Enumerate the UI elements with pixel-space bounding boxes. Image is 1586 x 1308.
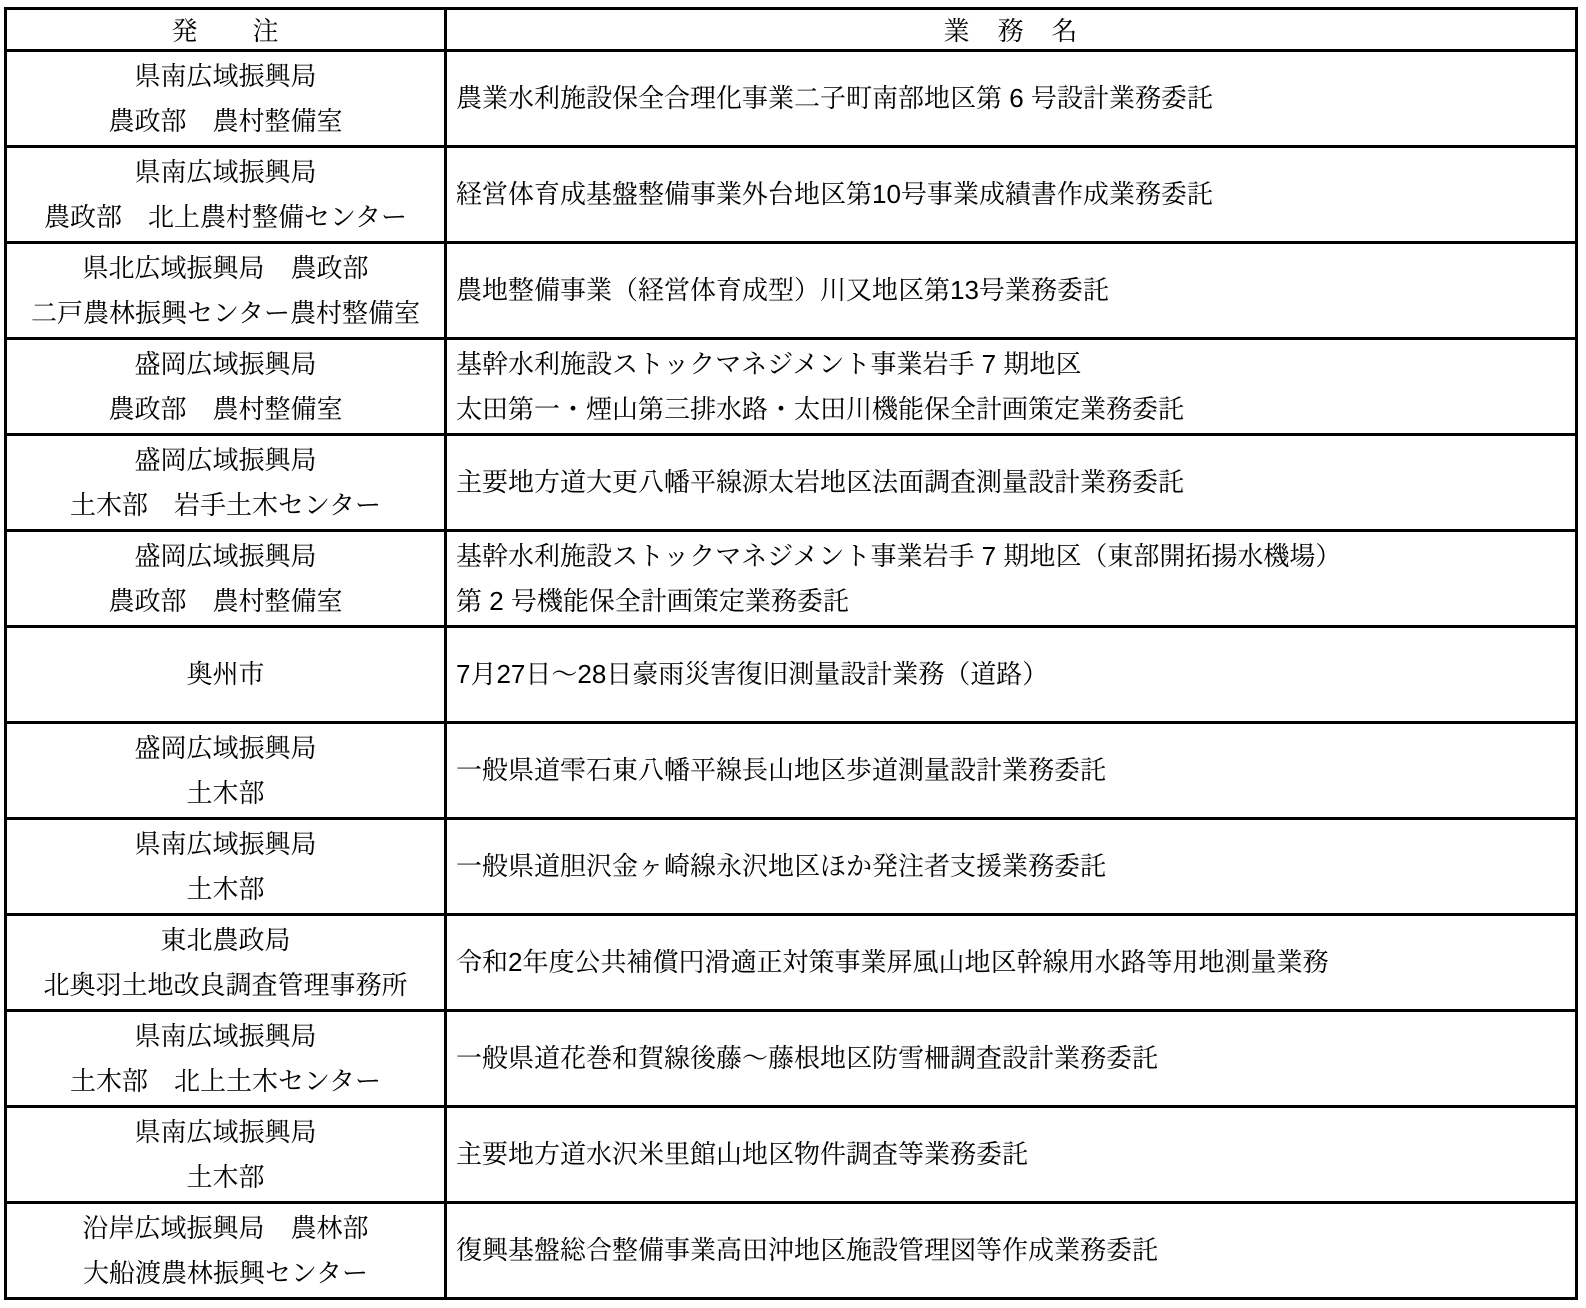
orderer-line: 県北広域振興局 農政部 bbox=[7, 246, 444, 291]
table-row: 盛岡広域振興局土木部 一般県道雫石東八幡平線長山地区歩道測量設計業務委託 bbox=[6, 723, 1577, 819]
work-name-line: 農地整備事業（経営体育成型）川又地区第13号業務委託 bbox=[456, 268, 1569, 313]
table-row: 県南広域振興局農政部 農村整備室 農業水利施設保全合理化事業二子町南部地区第 6… bbox=[6, 51, 1577, 147]
work-name-cell: 主要地方道水沢米里館山地区物件調査等業務委託 bbox=[446, 1107, 1577, 1203]
orderer-line: 盛岡広域振興局 bbox=[7, 438, 444, 483]
header-row: 発 注 業 務 名 bbox=[6, 9, 1577, 51]
column-header-orderer: 発 注 bbox=[6, 9, 446, 51]
orderer-line: 東北農政局 bbox=[7, 918, 444, 963]
work-name-line: 農業水利施設保全合理化事業二子町南部地区第 6 号設計業務委託 bbox=[456, 76, 1569, 121]
table-row: 盛岡広域振興局農政部 農村整備室 基幹水利施設ストックマネジメント事業岩手 7 … bbox=[6, 339, 1577, 435]
orderer-line: 県南広域振興局 bbox=[7, 1014, 444, 1059]
orderer-line: 盛岡広域振興局 bbox=[7, 726, 444, 771]
orderer-cell: 県北広域振興局 農政部二戸農林振興センター農村整備室 bbox=[6, 243, 446, 339]
orderer-line: 大船渡農林振興センター bbox=[7, 1251, 444, 1296]
orderer-line: 北奥羽土地改良調査管理事務所 bbox=[7, 963, 444, 1008]
work-name-cell: 主要地方道大更八幡平線源太岩地区法面調査測量設計業務委託 bbox=[446, 435, 1577, 531]
orderer-line: 盛岡広域振興局 bbox=[7, 342, 444, 387]
work-name-cell: 一般県道花巻和賀線後藤～藤根地区防雪柵調査設計業務委託 bbox=[446, 1011, 1577, 1107]
orderer-line: 土木部 岩手土木センター bbox=[7, 483, 444, 528]
work-name-cell: 一般県道胆沢金ヶ崎線永沢地区ほか発注者支援業務委託 bbox=[446, 819, 1577, 915]
orderer-line: 農政部 農村整備室 bbox=[7, 579, 444, 624]
work-name-line: 主要地方道水沢米里館山地区物件調査等業務委託 bbox=[456, 1132, 1569, 1177]
orderer-line: 県南広域振興局 bbox=[7, 1110, 444, 1155]
orderer-line: 奥州市 bbox=[7, 652, 444, 697]
work-name-line: 主要地方道大更八幡平線源太岩地区法面調査測量設計業務委託 bbox=[456, 460, 1569, 505]
orderer-line: 二戸農林振興センター農村整備室 bbox=[7, 291, 444, 336]
orderer-line: 農政部 北上農村整備センター bbox=[7, 195, 444, 240]
orderer-line: 県南広域振興局 bbox=[7, 54, 444, 99]
work-name-cell: 農地整備事業（経営体育成型）川又地区第13号業務委託 bbox=[446, 243, 1577, 339]
table-row: 奥州市 7月27日～28日豪雨災害復旧測量設計業務（道路） bbox=[6, 627, 1577, 723]
work-name-cell: 経営体育成基盤整備事業外台地区第10号事業成績書作成業務委託 bbox=[446, 147, 1577, 243]
work-name-cell: 農業水利施設保全合理化事業二子町南部地区第 6 号設計業務委託 bbox=[446, 51, 1577, 147]
orderer-cell: 盛岡広域振興局土木部 岩手土木センター bbox=[6, 435, 446, 531]
orderer-cell: 県南広域振興局土木部 北上土木センター bbox=[6, 1011, 446, 1107]
orderer-cell: 沿岸広域振興局 農林部大船渡農林振興センター bbox=[6, 1203, 446, 1299]
orderer-line: 県南広域振興局 bbox=[7, 822, 444, 867]
orderer-line: 沿岸広域振興局 農林部 bbox=[7, 1206, 444, 1251]
work-name-cell: 令和2年度公共補償円滑適正対策事業屏風山地区幹線用水路等用地測量業務 bbox=[446, 915, 1577, 1011]
orderer-line: 土木部 北上土木センター bbox=[7, 1059, 444, 1104]
table-row: 県南広域振興局土木部 北上土木センター 一般県道花巻和賀線後藤～藤根地区防雪柵調… bbox=[6, 1011, 1577, 1107]
work-name-line: 基幹水利施設ストックマネジメント事業岩手 7 期地区 bbox=[456, 342, 1569, 387]
work-name-cell: 基幹水利施設ストックマネジメント事業岩手 7 期地区太田第一・煙山第三排水路・太… bbox=[446, 339, 1577, 435]
orderer-cell: 県南広域振興局土木部 bbox=[6, 1107, 446, 1203]
work-name-line: 第 2 号機能保全計画策定業務委託 bbox=[456, 579, 1569, 624]
work-name-line: 一般県道雫石東八幡平線長山地区歩道測量設計業務委託 bbox=[456, 748, 1569, 793]
orderer-cell: 盛岡広域振興局農政部 農村整備室 bbox=[6, 339, 446, 435]
work-name-line: 基幹水利施設ストックマネジメント事業岩手 7 期地区（東部開拓揚水機場） bbox=[456, 534, 1569, 579]
table-row: 県北広域振興局 農政部二戸農林振興センター農村整備室 農地整備事業（経営体育成型… bbox=[6, 243, 1577, 339]
orderer-cell: 盛岡広域振興局土木部 bbox=[6, 723, 446, 819]
work-name-cell: 基幹水利施設ストックマネジメント事業岩手 7 期地区（東部開拓揚水機場）第 2 … bbox=[446, 531, 1577, 627]
work-name-line: 太田第一・煙山第三排水路・太田川機能保全計画策定業務委託 bbox=[456, 387, 1569, 432]
orderer-cell: 奥州市 bbox=[6, 627, 446, 723]
orderer-cell: 県南広域振興局農政部 農村整備室 bbox=[6, 51, 446, 147]
work-name-line: 経営体育成基盤整備事業外台地区第10号事業成績書作成業務委託 bbox=[456, 172, 1569, 217]
contract-table: 発 注 業 務 名 県南広域振興局農政部 農村整備室 農業水利施設保全合理化事業… bbox=[4, 7, 1578, 1300]
orderer-line: 農政部 農村整備室 bbox=[7, 387, 444, 432]
orderer-line: 農政部 農村整備室 bbox=[7, 99, 444, 144]
orderer-cell: 県南広域振興局農政部 北上農村整備センター bbox=[6, 147, 446, 243]
work-name-line: 7月27日～28日豪雨災害復旧測量設計業務（道路） bbox=[456, 652, 1569, 697]
table-row: 沿岸広域振興局 農林部大船渡農林振興センター 復興基盤総合整備事業高田沖地区施設… bbox=[6, 1203, 1577, 1299]
orderer-cell: 盛岡広域振興局農政部 農村整備室 bbox=[6, 531, 446, 627]
orderer-line: 土木部 bbox=[7, 1155, 444, 1200]
orderer-cell: 東北農政局北奥羽土地改良調査管理事務所 bbox=[6, 915, 446, 1011]
work-name-line: 令和2年度公共補償円滑適正対策事業屏風山地区幹線用水路等用地測量業務 bbox=[456, 940, 1569, 985]
orderer-line: 土木部 bbox=[7, 867, 444, 912]
table-row: 県南広域振興局農政部 北上農村整備センター 経営体育成基盤整備事業外台地区第10… bbox=[6, 147, 1577, 243]
table-row: 東北農政局北奥羽土地改良調査管理事務所 令和2年度公共補償円滑適正対策事業屏風山… bbox=[6, 915, 1577, 1011]
work-name-cell: 7月27日～28日豪雨災害復旧測量設計業務（道路） bbox=[446, 627, 1577, 723]
column-header-work-name: 業 務 名 bbox=[446, 9, 1577, 51]
orderer-line: 土木部 bbox=[7, 771, 444, 816]
table-row: 盛岡広域振興局農政部 農村整備室 基幹水利施設ストックマネジメント事業岩手 7 … bbox=[6, 531, 1577, 627]
table-row: 盛岡広域振興局土木部 岩手土木センター 主要地方道大更八幡平線源太岩地区法面調査… bbox=[6, 435, 1577, 531]
work-name-line: 一般県道胆沢金ヶ崎線永沢地区ほか発注者支援業務委託 bbox=[456, 844, 1569, 889]
table-row: 県南広域振興局土木部 主要地方道水沢米里館山地区物件調査等業務委託 bbox=[6, 1107, 1577, 1203]
orderer-line: 盛岡広域振興局 bbox=[7, 534, 444, 579]
orderer-cell: 県南広域振興局土木部 bbox=[6, 819, 446, 915]
work-name-line: 一般県道花巻和賀線後藤～藤根地区防雪柵調査設計業務委託 bbox=[456, 1036, 1569, 1081]
work-name-line: 復興基盤総合整備事業高田沖地区施設管理図等作成業務委託 bbox=[456, 1228, 1569, 1273]
work-name-cell: 一般県道雫石東八幡平線長山地区歩道測量設計業務委託 bbox=[446, 723, 1577, 819]
work-name-cell: 復興基盤総合整備事業高田沖地区施設管理図等作成業務委託 bbox=[446, 1203, 1577, 1299]
table-row: 県南広域振興局土木部 一般県道胆沢金ヶ崎線永沢地区ほか発注者支援業務委託 bbox=[6, 819, 1577, 915]
orderer-line: 県南広域振興局 bbox=[7, 150, 444, 195]
